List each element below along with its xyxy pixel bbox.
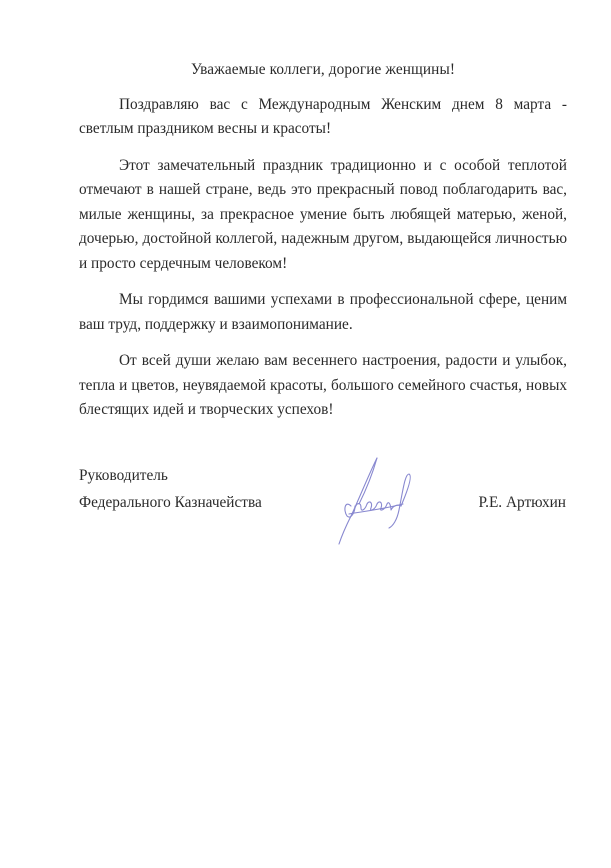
signatory-title: Руководитель Федерального Казначейства: [79, 462, 262, 516]
paragraph-holiday: Этот замечательный праздник традиционно …: [79, 154, 567, 277]
signatory-title-line1: Руководитель: [79, 462, 262, 489]
letter-page: Уважаемые коллеги, дорогие женщины! Позд…: [0, 0, 611, 868]
signatory-title-line2: Федерального Казначейства: [79, 489, 262, 516]
paragraph-greeting: Поздравляю вас с Международным Женским д…: [79, 93, 567, 142]
signatory-name: Р.Е. Артюхин: [479, 489, 566, 516]
salutation: Уважаемые коллеги, дорогие женщины!: [79, 58, 567, 83]
signature-block: Руководитель Федерального Казначейства Р…: [79, 462, 567, 542]
letter-body: Уважаемые коллеги, дорогие женщины! Позд…: [79, 58, 567, 435]
paragraph-pride: Мы гордимся вашими успехами в профессион…: [79, 288, 567, 337]
paragraph-wishes: От всей души желаю вам весеннего настрое…: [79, 349, 567, 423]
handwritten-signature-icon: [329, 454, 419, 546]
